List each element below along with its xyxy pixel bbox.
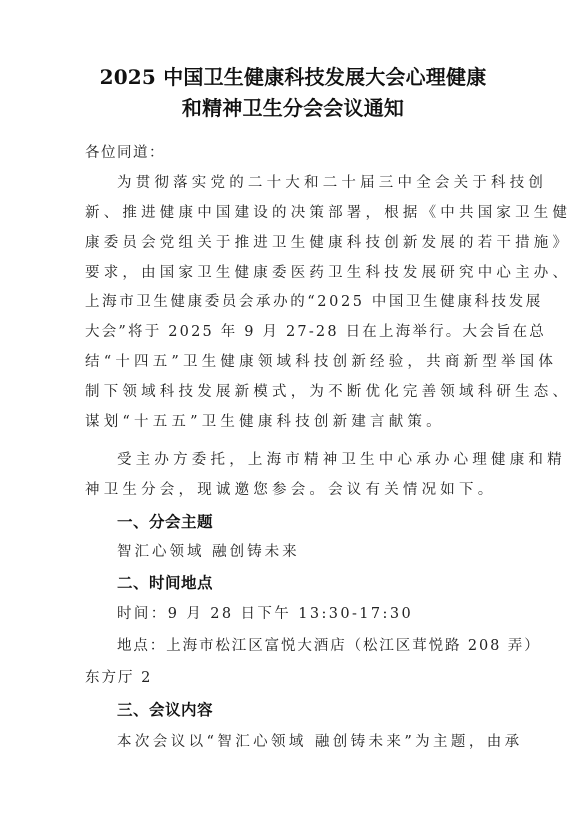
title-line-1: 2025 中国卫生健康科技发展大会心理健康 — [40, 62, 546, 93]
intro-line-2: 新、推进健康中国建设的决策部署，根据《中共国家卫生健 — [85, 203, 505, 223]
intro-line-3: 康委员会党组关于推进卫生健康科技创新发展的若干措施》 — [85, 233, 505, 253]
content-text: 本次会议以“智汇心领域 融创铸未来”为主题，由承 — [117, 732, 537, 752]
time-text: 时间：9 月 28 日下午 13:30-17:30 — [117, 604, 537, 624]
theme-text: 智汇心领域 融创铸未来 — [117, 542, 537, 562]
section-heading-theme: 一、分会主题 — [117, 512, 213, 532]
place-text-continued: 东方厅 2 — [85, 668, 505, 688]
intro-line-4: 要求，由国家卫生健康委医药卫生科技发展研究中心主办、 — [85, 263, 505, 283]
intro-line-8: 制下领域科技发展新模式，为不断优化完善领域科研生态、 — [85, 382, 505, 402]
intro-line-9: 谋划“十五五”卫生健康科技创新建言献策。 — [85, 412, 505, 432]
document-page: 2025 中国卫生健康科技发展大会心理健康 和精神卫生分会会议通知 各位同道： … — [0, 0, 586, 825]
document-title: 2025 中国卫生健康科技发展大会心理健康 和精神卫生分会会议通知 — [40, 62, 546, 124]
intro-line-5: 上海市卫生健康委员会承办的“2025 中国卫生健康科技发展 — [85, 292, 505, 312]
title-line-2: 和精神卫生分会会议通知 — [40, 93, 546, 124]
intro-line-1: 为贯彻落实党的二十大和二十届三中全会关于科技创 — [117, 173, 537, 193]
commission-line-2: 神卫生分会，现诚邀您参会。会议有关情况如下。 — [85, 480, 505, 500]
section-heading-time-place: 二、时间地点 — [117, 573, 213, 593]
commission-line-1: 受主办方委托，上海市精神卫生中心承办心理健康和精 — [117, 450, 537, 470]
greeting: 各位同道： — [85, 143, 505, 163]
place-text: 地点：上海市松江区富悦大酒店（松江区茸悦路 208 弄） — [117, 636, 537, 656]
section-heading-content: 三、会议内容 — [117, 700, 213, 720]
intro-line-6: 大会”将于 2025 年 9 月 27-28 日在上海举行。大会旨在总 — [85, 322, 505, 342]
intro-line-7: 结“十四五”卫生健康领域科技创新经验，共商新型举国体 — [85, 352, 505, 372]
